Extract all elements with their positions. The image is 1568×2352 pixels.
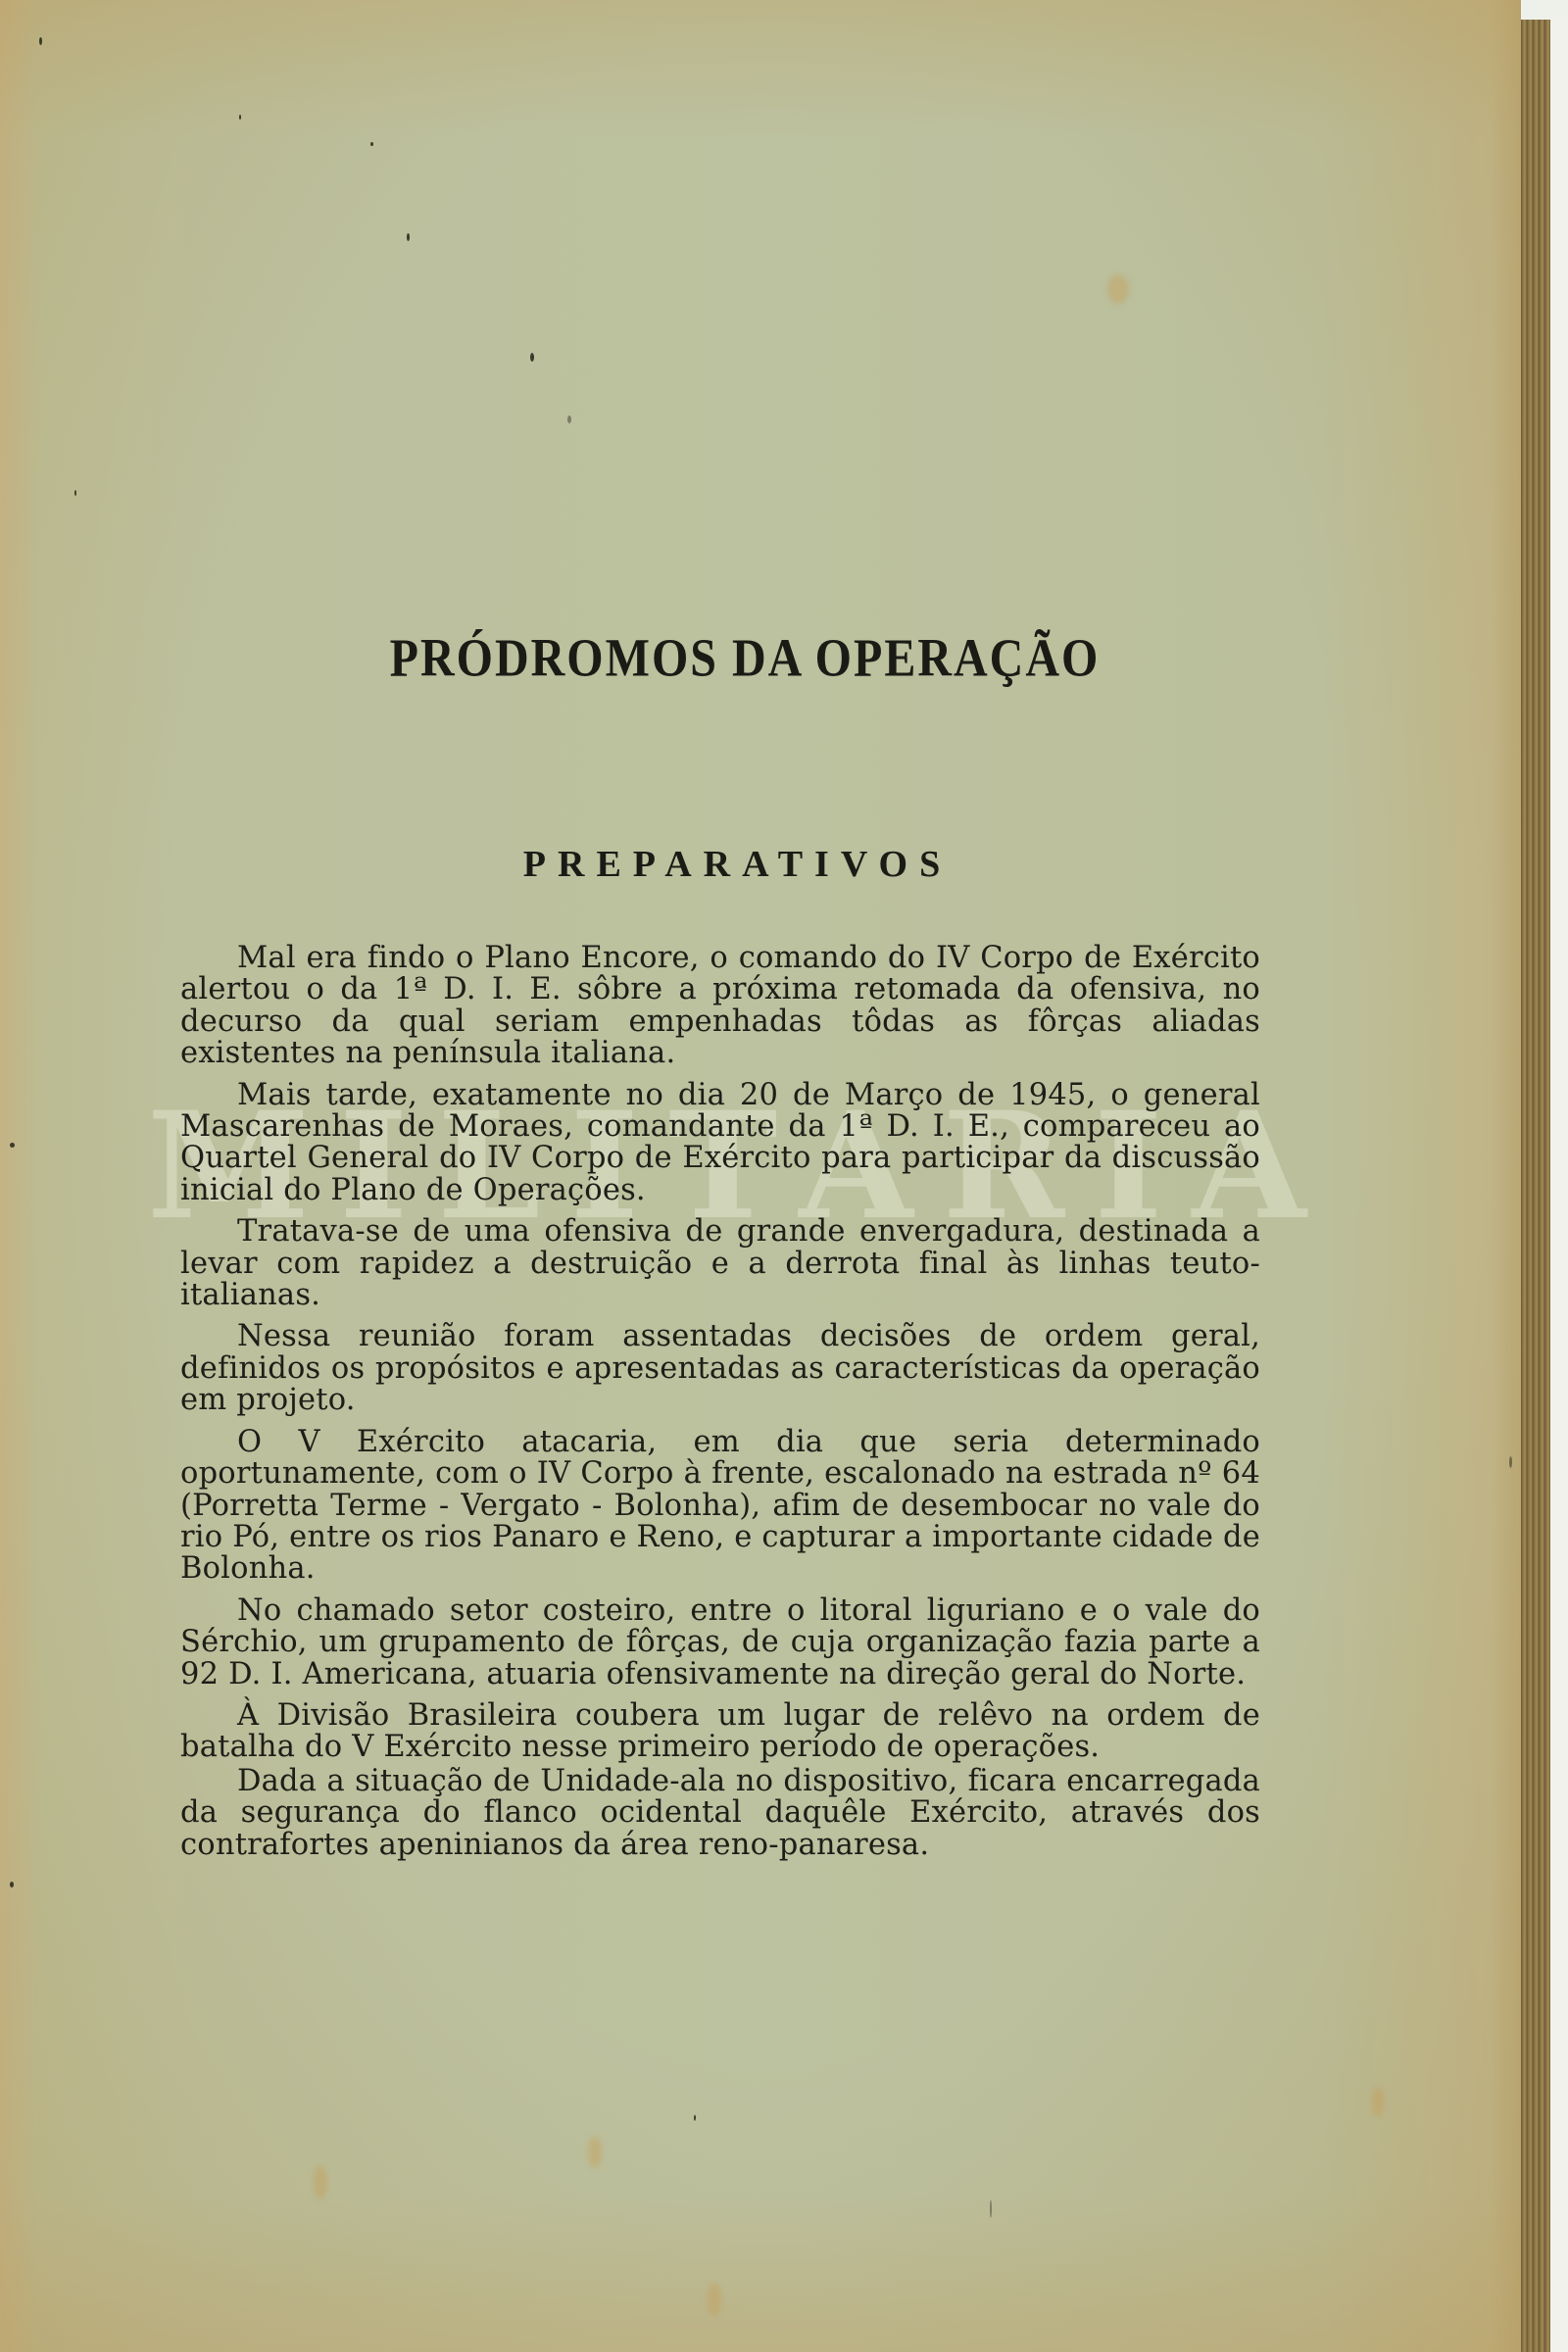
paper-speck <box>10 1882 14 1887</box>
paper-speck <box>1509 1456 1512 1468</box>
paper-stain <box>588 2136 602 2168</box>
paragraph: Mal era findo o Plano Encore, o comando … <box>180 943 1260 1070</box>
paper-stain <box>1107 274 1129 304</box>
paper-speck <box>74 490 76 496</box>
paper-speck <box>39 37 42 45</box>
paper-speck <box>990 2200 992 2218</box>
paper-stain <box>314 2166 327 2199</box>
paper-speck <box>567 416 571 423</box>
chapter-title-text: PRÓDROMOS DA OPERAÇÃO <box>390 627 1101 689</box>
paper-stain <box>708 2283 721 2317</box>
paper-speck <box>407 233 410 241</box>
section-title: PREPARATIVOS <box>0 843 1475 886</box>
paper-speck <box>370 142 373 146</box>
scan-background <box>1521 0 1568 20</box>
paper-speck <box>530 353 534 362</box>
paragraph: O V Exército atacaria, em dia que seria … <box>180 1427 1260 1586</box>
paper-stain <box>1372 2087 1384 2117</box>
scanned-book-page: MILITARIA PRÓDROMOS DA OPERAÇÃO PREPARAT… <box>0 0 1568 2352</box>
paragraph: No chamado setor costeiro, entre o litor… <box>180 1595 1260 1690</box>
paragraph: À Divisão Brasileira coubera um lugar de… <box>180 1700 1260 1764</box>
paragraph: Mais tarde, exatamente no dia 20 de Març… <box>180 1080 1260 1207</box>
page-paper: MILITARIA PRÓDROMOS DA OPERAÇÃO PREPARAT… <box>0 0 1529 2352</box>
paragraph: Tratava-se de uma ofensiva de grande env… <box>180 1216 1260 1311</box>
paper-speck <box>239 115 241 120</box>
book-page-edges <box>1521 0 1550 2352</box>
body-text: Mal era findo o Plano Encore, o comando … <box>180 943 1260 1871</box>
paragraph: Dada a situação de Unidade-ala no dispos… <box>180 1766 1260 1861</box>
paper-speck <box>694 2115 696 2121</box>
paragraph: Nessa reunião foram assentadas decisões … <box>180 1321 1260 1416</box>
paper-speck <box>10 1143 15 1148</box>
chapter-title: PRÓDROMOS DA OPERAÇÃO <box>0 627 1490 689</box>
